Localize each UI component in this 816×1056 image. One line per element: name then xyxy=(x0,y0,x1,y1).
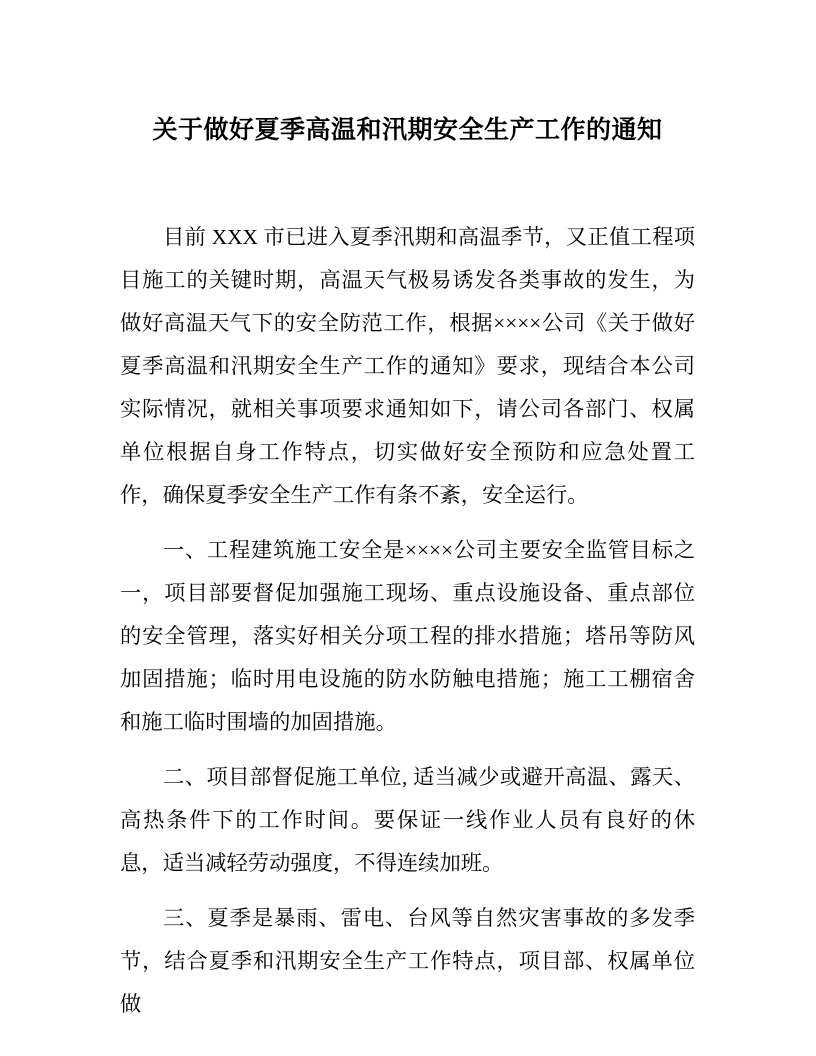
document-title: 关于做好夏季高温和汛期安全生产工作的通知 xyxy=(120,116,695,146)
paragraph-item-3: 三、夏季是暴雨、雷电、台风等自然灾害事故的多发季节，结合夏季和汛期安全生产工作特… xyxy=(120,897,695,1026)
document-page: 关于做好夏季高温和汛期安全生产工作的通知 目前 XXX 市已进入夏季汛期和高温季… xyxy=(0,0,816,1056)
paragraph-item-1: 一、工程建筑施工安全是××××公司主要安全监管目标之一，项目部要督促加强施工现场… xyxy=(120,529,695,744)
paragraph-intro: 目前 XXX 市已进入夏季汛期和高温季节，又正值工程项目施工的关键时期，高温天气… xyxy=(120,216,695,517)
paragraph-item-2: 二、项目部督促施工单位, 适当减少或避开高温、露天、高热条件下的工作时间。要保证… xyxy=(120,756,695,885)
